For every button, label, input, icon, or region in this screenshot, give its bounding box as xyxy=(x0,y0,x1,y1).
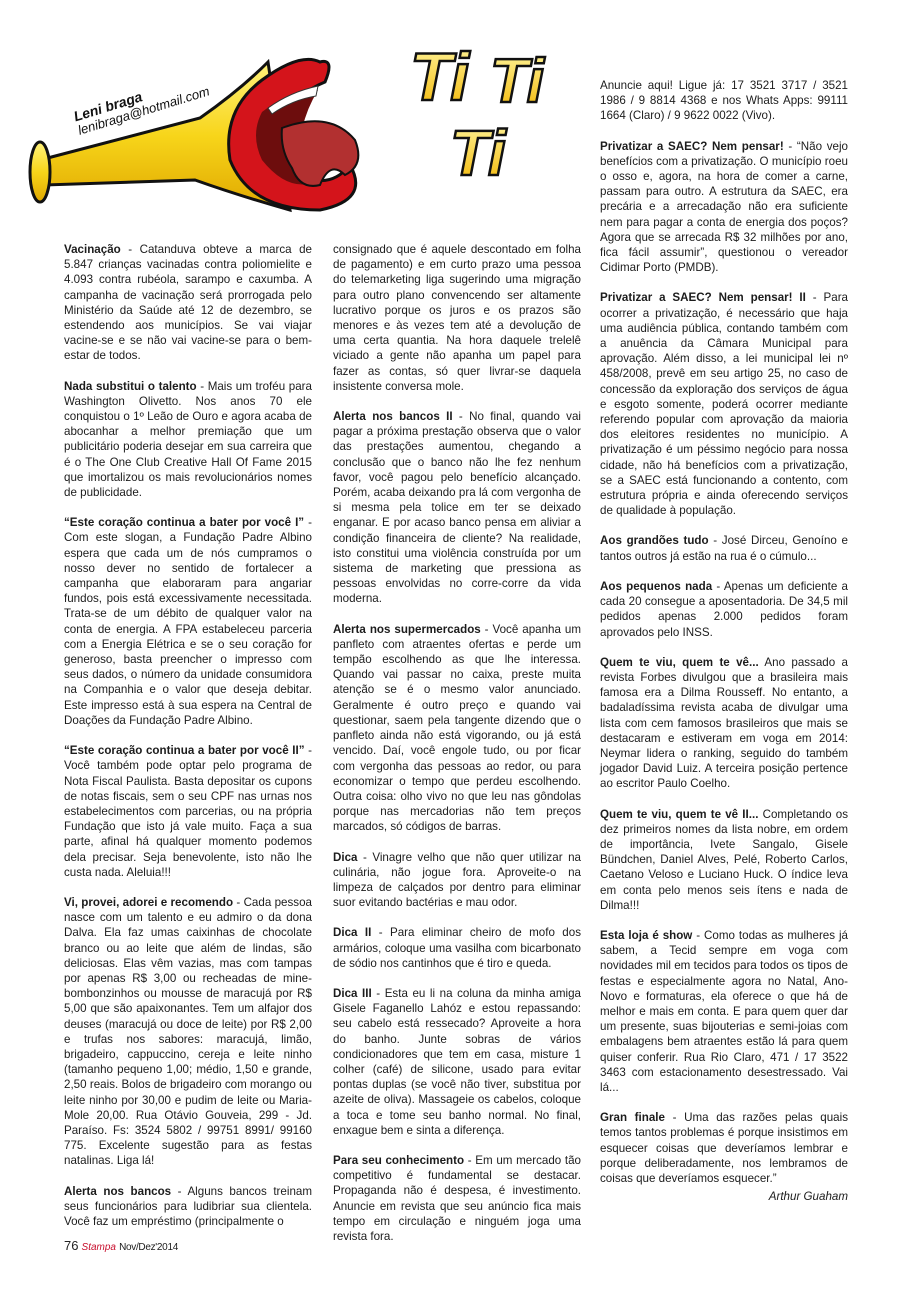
note-loja-show: Esta loja é show - Como todas as mulhere… xyxy=(600,928,848,1095)
note-text: Anuncie aqui! Ligue já: 17 3521 3717 / 3… xyxy=(600,79,848,122)
note-text: “Não vejo benefícios com a privatização.… xyxy=(600,140,848,275)
note-conhecimento: Para seu conhecimento - Em um mercado tã… xyxy=(333,1153,581,1244)
note-title: “Este coração continua a bater por você … xyxy=(64,744,305,757)
note-title: Quem te viu, quem te vê II... xyxy=(600,808,758,821)
ti-word-2: Ti xyxy=(490,47,546,116)
note-title: Privatizar a SAEC? Nem pensar! xyxy=(600,140,784,153)
note-coracao-1: “Este coração continua a bater por você … xyxy=(64,515,312,728)
note-text: No final, quando vai pagar a próxima pre… xyxy=(333,410,581,605)
quote-attribution: Arthur Guaham xyxy=(600,1189,848,1204)
note-coracao-2: “Este coração continua a bater por você … xyxy=(64,743,312,880)
note-grandoes: Aos grandões tudo - José Dirceu, Genoíno… xyxy=(600,533,848,563)
note-text: Para eliminar cheiro de mofo dos armário… xyxy=(333,926,581,969)
note-title: Aos pequenos nada xyxy=(600,580,712,593)
note-saec-2: Privatizar a SAEC? Nem pensar! II - Para… xyxy=(600,290,848,518)
note-text: Catanduva obteve a marca de 5.847 crianç… xyxy=(64,243,312,362)
ti-word-3: Ti xyxy=(450,117,507,189)
note-quem-te-viu: Quem te viu, quem te vê... Ano passado a… xyxy=(600,655,848,792)
ti-word-1: Ti xyxy=(410,39,471,115)
magazine-brand: Stampa xyxy=(82,1242,116,1253)
note-title: Privatizar a SAEC? Nem pensar! II xyxy=(600,291,806,304)
note-title: Alerta nos supermercados xyxy=(333,623,481,636)
note-text: consignado que é aquele descontado em fo… xyxy=(333,243,581,393)
note-title: “Este coração continua a bater por você … xyxy=(64,516,304,529)
note-title: Alerta nos bancos xyxy=(64,1185,171,1198)
note-talento: Nada substitui o talento - Mais um trofé… xyxy=(64,379,312,501)
note-title: Dica xyxy=(333,851,358,864)
note-title: Dica II xyxy=(333,926,371,939)
note-vacinacao: Vacinação - Catanduva obteve a marca de … xyxy=(64,242,312,364)
note-title: Vacinação xyxy=(64,243,121,256)
article-column-1: Vacinação - Catanduva obteve a marca de … xyxy=(64,242,312,1244)
note-text: Ano passado a revista Forbes divulgou qu… xyxy=(600,656,848,791)
issue-date: Nov/Dez'2014 xyxy=(119,1242,178,1253)
page-number: 76 xyxy=(64,1238,78,1253)
note-saec-1: Privatizar a SAEC? Nem pensar! - “Não ve… xyxy=(600,139,848,276)
note-alerta-bancos-2: Alerta nos bancos II - No final, quando … xyxy=(333,409,581,607)
note-title: Alerta nos bancos II xyxy=(333,410,453,423)
note-text: Em um mercado tão competitivo é fundamen… xyxy=(333,1154,581,1243)
article-column-3: Anuncie aqui! Ligue já: 17 3521 3717 / 3… xyxy=(600,78,848,1204)
note-text: Vinagre velho que não quer utilizar na c… xyxy=(333,851,581,910)
page-footer: 76 Stampa Nov/Dez'2014 xyxy=(64,1238,178,1253)
note-gran-finale: Gran finale - Uma das razões pelas quais… xyxy=(600,1110,848,1186)
note-text: Completando os dez primeiros nomes da li… xyxy=(600,808,848,912)
note-text: Cada pessoa nasce com um talento e eu ad… xyxy=(64,896,312,1167)
note-dica-3: Dica III - Esta eu li na coluna da minha… xyxy=(333,986,581,1138)
note-text: Esta eu li na coluna da minha amiga Gise… xyxy=(333,987,581,1137)
note-continuation: consignado que é aquele descontado em fo… xyxy=(333,242,581,394)
note-title: Vi, provei, adorei e recomendo xyxy=(64,896,233,909)
note-text: Você também pode optar pelo programa de … xyxy=(64,759,312,878)
note-pequenos: Aos pequenos nada - Apenas um deficiente… xyxy=(600,579,848,640)
note-dica: Dica - Vinagre velho que não quer utiliz… xyxy=(333,850,581,911)
note-title: Esta loja é show xyxy=(600,929,692,942)
note-text: Com este slogan, a Fundação Padre Albino… xyxy=(64,531,312,726)
note-vi-provei: Vi, provei, adorei e recomendo - Cada pe… xyxy=(64,895,312,1169)
note-supermercados: Alerta nos supermercados - Você apanha u… xyxy=(333,622,581,835)
note-title: Aos grandões tudo xyxy=(600,534,709,547)
note-title: Nada substitui o talento xyxy=(64,380,197,393)
note-title: Para seu conhecimento xyxy=(333,1154,464,1167)
note-text: Mais um troféu para Washington Olivetto.… xyxy=(64,380,312,499)
note-title: Gran finale xyxy=(600,1111,665,1124)
note-alerta-bancos: Alerta nos bancos - Alguns bancos treina… xyxy=(64,1184,312,1230)
note-title: Dica III xyxy=(333,987,372,1000)
article-column-2: consignado que é aquele descontado em fo… xyxy=(333,242,581,1259)
note-quem-te-viu-2: Quem te viu, quem te vê II... Completand… xyxy=(600,807,848,913)
column-header-art: Ti Ti Ti Leni braga lenibraga@hotmail.co… xyxy=(0,0,600,230)
note-text: Como todas as mulheres já sabem, a Tecid… xyxy=(600,929,848,1094)
note-title: Quem te viu, quem te vê... xyxy=(600,656,759,669)
note-anuncie: Anuncie aqui! Ligue já: 17 3521 3717 / 3… xyxy=(600,78,848,124)
note-text: Para ocorrer a privatização, é necessári… xyxy=(600,291,848,517)
note-dica-2: Dica II - Para eliminar cheiro de mofo d… xyxy=(333,925,581,971)
note-text: Você apanha um panfleto com atraentes of… xyxy=(333,623,581,834)
